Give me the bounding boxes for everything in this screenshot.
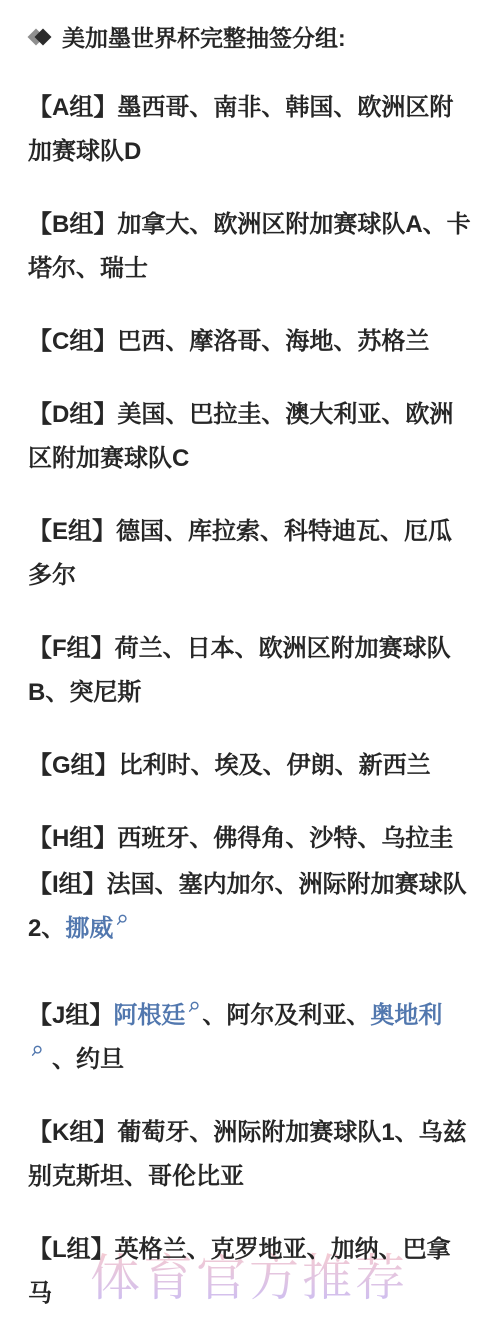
title-text: 美加墨世界杯完整抽签分组:	[62, 25, 346, 51]
search-icon[interactable]	[30, 1045, 43, 1058]
norway-link[interactable]: 挪威	[65, 915, 130, 942]
group-k: 【K组】葡萄牙、洲际附加赛球队1、乌兹 别克斯坦、哥伦比亚	[28, 1111, 472, 1199]
group-k-line-2: 别克斯坦、哥伦比亚	[28, 1155, 472, 1199]
article-page: 体育官方推荐 美加墨世界杯完整抽签分组: 【A组】墨西哥、南非、韩国、欧洲区附 …	[0, 0, 500, 1318]
norway-link-text: 挪威	[65, 915, 113, 942]
group-d-line-1: 【D组】美国、巴拉圭、澳大利亚、欧洲	[28, 393, 472, 437]
page-title: 美加墨世界杯完整抽签分组:	[28, 16, 472, 60]
group-e: 【E组】德国、库拉索、科特迪瓦、厄瓜 多尔	[28, 510, 472, 598]
group-h: 【H组】西班牙、佛得角、沙特、乌拉圭	[28, 817, 472, 861]
group-b-line-2: 塔尔、瑞士	[28, 247, 472, 291]
austria-link[interactable]: 奥地利	[370, 1002, 442, 1029]
group-b-line-1: 【B组】加拿大、欧洲区附加赛球队A、卡	[28, 203, 472, 247]
group-f: 【F组】荷兰、日本、欧洲区附加赛球队 B、突尼斯	[28, 627, 472, 715]
group-c: 【C组】巴西、摩洛哥、海地、苏格兰	[28, 320, 472, 364]
austria-link-text: 奥地利	[370, 1002, 442, 1029]
group-h-line-1: 【H组】西班牙、佛得角、沙特、乌拉圭	[28, 817, 472, 861]
group-j-line-2: 、约旦	[28, 1038, 472, 1082]
group-f-line-1: 【F组】荷兰、日本、欧洲区附加赛球队	[28, 627, 472, 671]
group-g: 【G组】比利时、埃及、伊朗、新西兰	[28, 744, 472, 788]
group-a-line-2: 加赛球队D	[28, 130, 472, 174]
argentina-link-text: 阿根廷	[113, 1002, 185, 1029]
group-i: 【I组】法国、塞内加尔、洲际附加赛球队 2、挪威	[28, 863, 472, 951]
group-e-line-1: 【E组】德国、库拉索、科特迪瓦、厄瓜	[28, 510, 472, 554]
group-j: 【J组】阿根廷、阿尔及利亚、奥地利 、约旦	[28, 994, 472, 1082]
group-a-line-1: 【A组】墨西哥、南非、韩国、欧洲区附	[28, 86, 472, 130]
group-i-line2-prefix: 2、	[28, 915, 65, 942]
group-b: 【B组】加拿大、欧洲区附加赛球队A、卡 塔尔、瑞士	[28, 203, 472, 291]
austria-link-continued[interactable]	[28, 1046, 52, 1073]
group-j-line-1: 【J组】阿根廷、阿尔及利亚、奥地利	[28, 994, 472, 1038]
search-icon[interactable]	[187, 1001, 200, 1014]
group-d-line-2: 区附加赛球队C	[28, 437, 472, 481]
group-l-line-2: 马	[28, 1272, 472, 1316]
group-j-mid: 、阿尔及利亚、	[202, 1002, 370, 1029]
group-f-line-2: B、突尼斯	[28, 671, 472, 715]
diamond-bullet-icon	[28, 28, 57, 46]
group-i-line-1: 【I组】法国、塞内加尔、洲际附加赛球队	[28, 863, 472, 907]
group-c-line-1: 【C组】巴西、摩洛哥、海地、苏格兰	[28, 320, 472, 364]
group-l-line-1: 【L组】英格兰、克罗地亚、加纳、巴拿	[28, 1228, 472, 1272]
group-d: 【D组】美国、巴拉圭、澳大利亚、欧洲 区附加赛球队C	[28, 393, 472, 481]
group-k-line-1: 【K组】葡萄牙、洲际附加赛球队1、乌兹	[28, 1111, 472, 1155]
argentina-link[interactable]: 阿根廷	[113, 1002, 202, 1029]
search-icon[interactable]	[115, 914, 128, 927]
group-j-prefix: 【J组】	[28, 1002, 113, 1029]
group-j-suffix: 、约旦	[52, 1046, 124, 1073]
article-content: 美加墨世界杯完整抽签分组: 【A组】墨西哥、南非、韩国、欧洲区附 加赛球队D 【…	[0, 0, 500, 1316]
group-l: 【L组】英格兰、克罗地亚、加纳、巴拿 马	[28, 1228, 472, 1316]
group-g-line-1: 【G组】比利时、埃及、伊朗、新西兰	[28, 744, 472, 788]
group-i-line-2: 2、挪威	[28, 907, 472, 951]
group-a: 【A组】墨西哥、南非、韩国、欧洲区附 加赛球队D	[28, 86, 472, 174]
group-e-line-2: 多尔	[28, 554, 472, 598]
